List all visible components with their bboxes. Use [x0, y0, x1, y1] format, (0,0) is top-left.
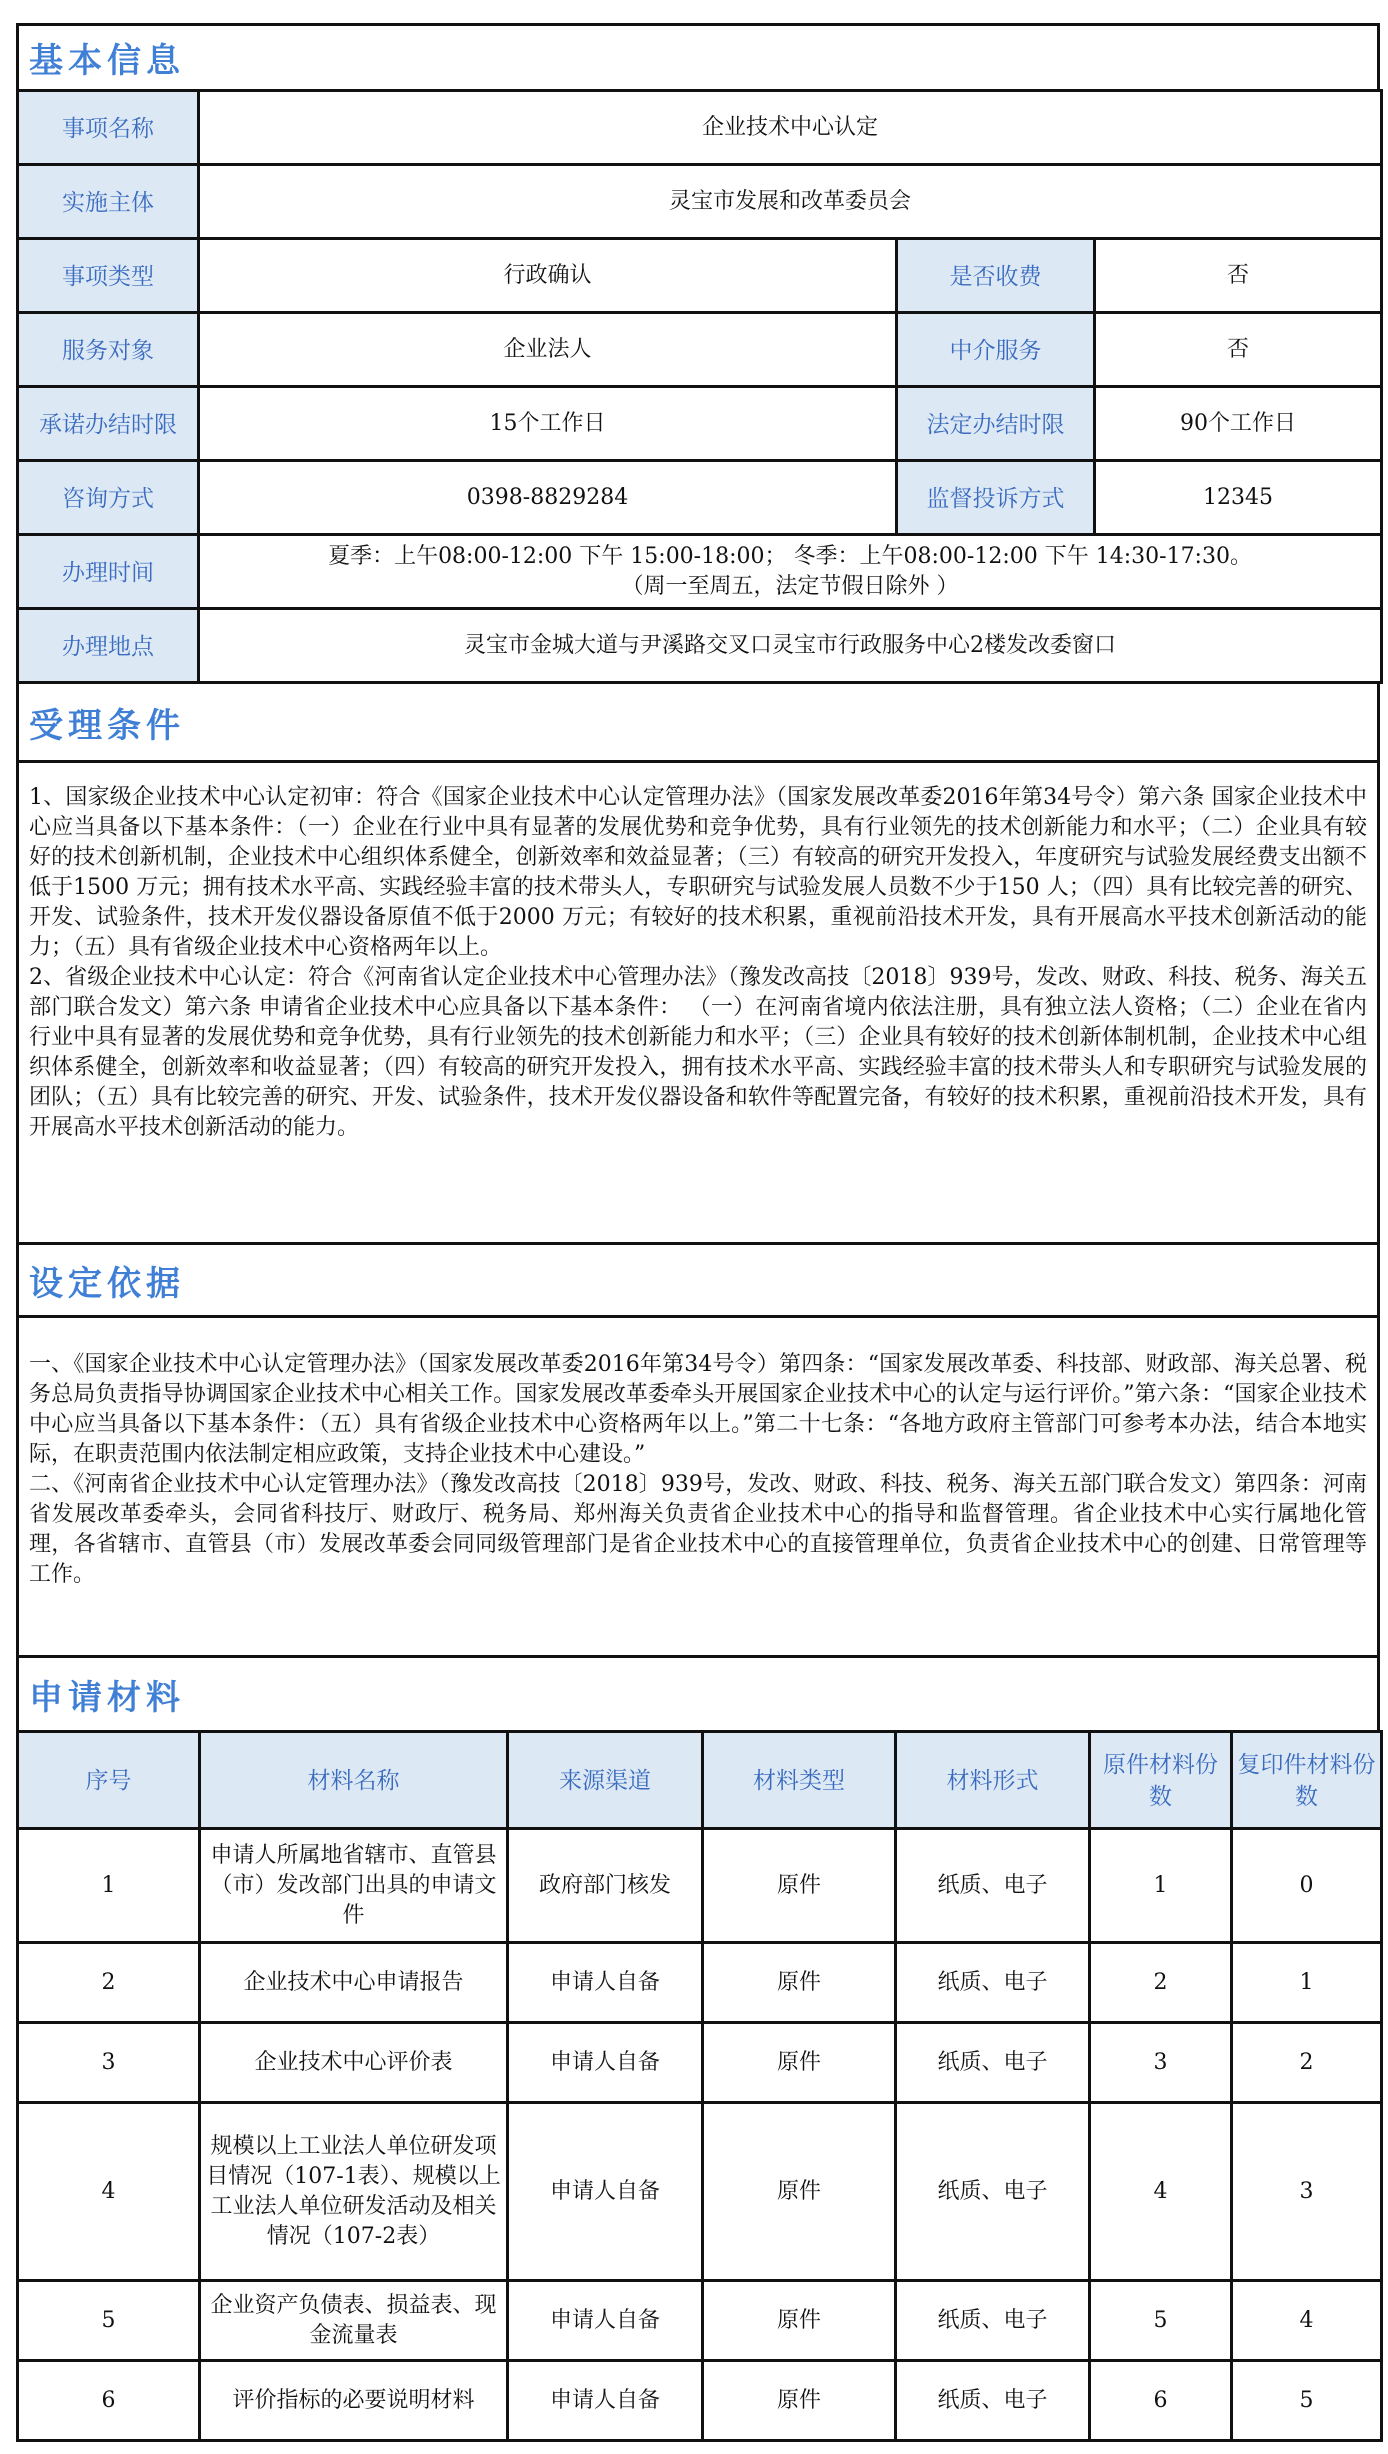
cell-form: 纸质、电子 — [896, 1943, 1090, 2023]
table-row: 6 评价指标的必要说明材料 申请人自备 原件 纸质、电子 6 5 — [18, 2361, 1382, 2441]
cell-form: 纸质、电子 — [896, 2023, 1090, 2103]
value-location: 灵宝市金城大道与尹溪路交叉口灵宝市行政服务中心2楼发改委窗口 — [199, 609, 1382, 683]
value-intermediary: 否 — [1095, 313, 1382, 387]
cell-source: 申请人自备 — [508, 2103, 703, 2281]
table-row: 1 申请人所属地省辖市、直管县（市）发改部门出具的申请文件 政府部门核发 原件 … — [18, 1829, 1382, 1943]
row-time-limit: 承诺办结时限 15个工作日 法定办结时限 90个工作日 — [18, 387, 1382, 461]
section-header-basic: 基本信息 — [16, 23, 1380, 89]
row-item-type: 事项类型 行政确认 是否收费 否 — [18, 239, 1382, 313]
cell-orig: 6 — [1090, 2361, 1232, 2441]
section-title: 受理条件 — [29, 698, 185, 747]
cell-type: 原件 — [703, 2103, 896, 2281]
label-location: 办理地点 — [18, 609, 199, 683]
cell-copy: 0 — [1232, 1829, 1382, 1943]
cell-form: 纸质、电子 — [896, 2103, 1090, 2281]
label-promised-limit: 承诺办结时限 — [18, 387, 199, 461]
section-header-conditions: 受理条件 — [16, 684, 1380, 760]
cell-source: 政府部门核发 — [508, 1829, 703, 1943]
cell-type: 原件 — [703, 2023, 896, 2103]
col-header-name: 材料名称 — [200, 1732, 508, 1829]
cell-orig: 3 — [1090, 2023, 1232, 2103]
cell-type: 原件 — [703, 1943, 896, 2023]
cell-no: 2 — [18, 1943, 200, 2023]
cell-form: 纸质、电子 — [896, 2281, 1090, 2361]
cell-name: 规模以上工业法人单位研发项目情况（107-1表）、规模以上工业法人单位研发活动及… — [200, 2103, 508, 2281]
value-item-name: 企业技术中心认定 — [199, 91, 1382, 165]
cell-copy: 3 — [1232, 2103, 1382, 2281]
table-row: 3 企业技术中心评价表 申请人自备 原件 纸质、电子 3 2 — [18, 2023, 1382, 2103]
row-location: 办理地点 灵宝市金城大道与尹溪路交叉口灵宝市行政服务中心2楼发改委窗口 — [18, 609, 1382, 683]
label-fee: 是否收费 — [897, 239, 1095, 313]
basis-paragraph: 二、《河南省企业技术中心认定管理办法》（豫发改高技〔2018〕939号，发改、财… — [29, 1470, 1367, 1590]
basis-text: 一、《国家企业技术中心认定管理办法》（国家发展改革委2016年第34号令）第四条… — [16, 1315, 1380, 1655]
section-title: 申请材料 — [29, 1670, 185, 1719]
cell-name: 评价指标的必要说明材料 — [200, 2361, 508, 2441]
value-legal-limit: 90个工作日 — [1095, 387, 1382, 461]
basic-info-table: 事项名称 企业技术中心认定 实施主体 灵宝市发展和改革委员会 事项类型 行政确认… — [16, 89, 1383, 684]
row-implementer: 实施主体 灵宝市发展和改革委员会 — [18, 165, 1382, 239]
cell-source: 申请人自备 — [508, 2281, 703, 2361]
cell-copy: 5 — [1232, 2361, 1382, 2441]
row-service-target: 服务对象 企业法人 中介服务 否 — [18, 313, 1382, 387]
cell-no: 5 — [18, 2281, 200, 2361]
basis-paragraph: 一、《国家企业技术中心认定管理办法》（国家发展改革委2016年第34号令）第四条… — [29, 1350, 1367, 1470]
cell-type: 原件 — [703, 1829, 896, 1943]
label-legal-limit: 法定办结时限 — [897, 387, 1095, 461]
condition-paragraph: 1、国家级企业技术中心认定初审：符合《国家企业技术中心认定管理办法》（国家发展改… — [29, 783, 1367, 963]
label-implementer: 实施主体 — [18, 165, 199, 239]
table-row: 5 企业资产负债表、损益表、现金流量表 申请人自备 原件 纸质、电子 5 4 — [18, 2281, 1382, 2361]
cell-form: 纸质、电子 — [896, 2361, 1090, 2441]
label-consult: 咨询方式 — [18, 461, 199, 535]
cell-name: 申请人所属地省辖市、直管县（市）发改部门出具的申请文件 — [200, 1829, 508, 1943]
conditions-text: 1、国家级企业技术中心认定初审：符合《国家企业技术中心认定管理办法》（国家发展改… — [16, 760, 1380, 1242]
cell-copy: 4 — [1232, 2281, 1382, 2361]
hours-line-2: （周一至周五，法定节假日除外 ） — [204, 572, 1376, 602]
col-header-copy-count: 复印件材料份数 — [1232, 1732, 1382, 1829]
cell-source: 申请人自备 — [508, 1943, 703, 2023]
value-fee: 否 — [1095, 239, 1382, 313]
label-item-name: 事项名称 — [18, 91, 199, 165]
condition-paragraph: 2、省级企业技术中心认定：符合《河南省认定企业技术中心管理办法》（豫发改高技〔2… — [29, 963, 1367, 1143]
col-header-source: 来源渠道 — [508, 1732, 703, 1829]
cell-name: 企业技术中心申请报告 — [200, 1943, 508, 2023]
section-title: 基本信息 — [29, 33, 185, 82]
value-service-target: 企业法人 — [199, 313, 897, 387]
label-complaint: 监督投诉方式 — [897, 461, 1095, 535]
document-frame: 基本信息 事项名称 企业技术中心认定 实施主体 灵宝市发展和改革委员会 事项类型… — [16, 23, 1380, 2442]
cell-type: 原件 — [703, 2281, 896, 2361]
cell-form: 纸质、电子 — [896, 1829, 1090, 1943]
cell-no: 3 — [18, 2023, 200, 2103]
hours-line-1: 夏季：上午08:00-12:00 下午 15:00-18:00； 冬季：上午08… — [204, 542, 1376, 572]
value-complaint: 12345 — [1095, 461, 1382, 535]
cell-name: 企业资产负债表、损益表、现金流量表 — [200, 2281, 508, 2361]
value-hours: 夏季：上午08:00-12:00 下午 15:00-18:00； 冬季：上午08… — [199, 535, 1382, 609]
section-title: 设定依据 — [29, 1256, 185, 1305]
cell-copy: 1 — [1232, 1943, 1382, 2023]
cell-no: 6 — [18, 2361, 200, 2441]
value-implementer: 灵宝市发展和改革委员会 — [199, 165, 1382, 239]
cell-orig: 2 — [1090, 1943, 1232, 2023]
cell-orig: 5 — [1090, 2281, 1232, 2361]
label-item-type: 事项类型 — [18, 239, 199, 313]
cell-orig: 1 — [1090, 1829, 1232, 1943]
label-hours: 办理时间 — [18, 535, 199, 609]
cell-orig: 4 — [1090, 2103, 1232, 2281]
table-row: 2 企业技术中心申请报告 申请人自备 原件 纸质、电子 2 1 — [18, 1943, 1382, 2023]
col-header-orig-count: 原件材料份数 — [1090, 1732, 1232, 1829]
cell-source: 申请人自备 — [508, 2023, 703, 2103]
section-header-materials: 申请材料 — [16, 1655, 1380, 1730]
cell-source: 申请人自备 — [508, 2361, 703, 2441]
col-header-no: 序号 — [18, 1732, 200, 1829]
value-item-type: 行政确认 — [199, 239, 897, 313]
label-intermediary: 中介服务 — [897, 313, 1095, 387]
row-contact: 咨询方式 0398-8829284 监督投诉方式 12345 — [18, 461, 1382, 535]
cell-copy: 2 — [1232, 2023, 1382, 2103]
label-service-target: 服务对象 — [18, 313, 199, 387]
cell-name: 企业技术中心评价表 — [200, 2023, 508, 2103]
cell-no: 4 — [18, 2103, 200, 2281]
table-header-row: 序号 材料名称 来源渠道 材料类型 材料形式 原件材料份数 复印件材料份数 — [18, 1732, 1382, 1829]
value-consult-phone: 0398-8829284 — [199, 461, 897, 535]
section-header-basis: 设定依据 — [16, 1242, 1380, 1315]
col-header-type: 材料类型 — [703, 1732, 896, 1829]
col-header-form: 材料形式 — [896, 1732, 1090, 1829]
cell-no: 1 — [18, 1829, 200, 1943]
cell-type: 原件 — [703, 2361, 896, 2441]
row-hours: 办理时间 夏季：上午08:00-12:00 下午 15:00-18:00； 冬季… — [18, 535, 1382, 609]
value-promised-limit: 15个工作日 — [199, 387, 897, 461]
materials-table: 序号 材料名称 来源渠道 材料类型 材料形式 原件材料份数 复印件材料份数 1 … — [16, 1730, 1383, 2442]
row-item-name: 事项名称 企业技术中心认定 — [18, 91, 1382, 165]
table-row: 4 规模以上工业法人单位研发项目情况（107-1表）、规模以上工业法人单位研发活… — [18, 2103, 1382, 2281]
